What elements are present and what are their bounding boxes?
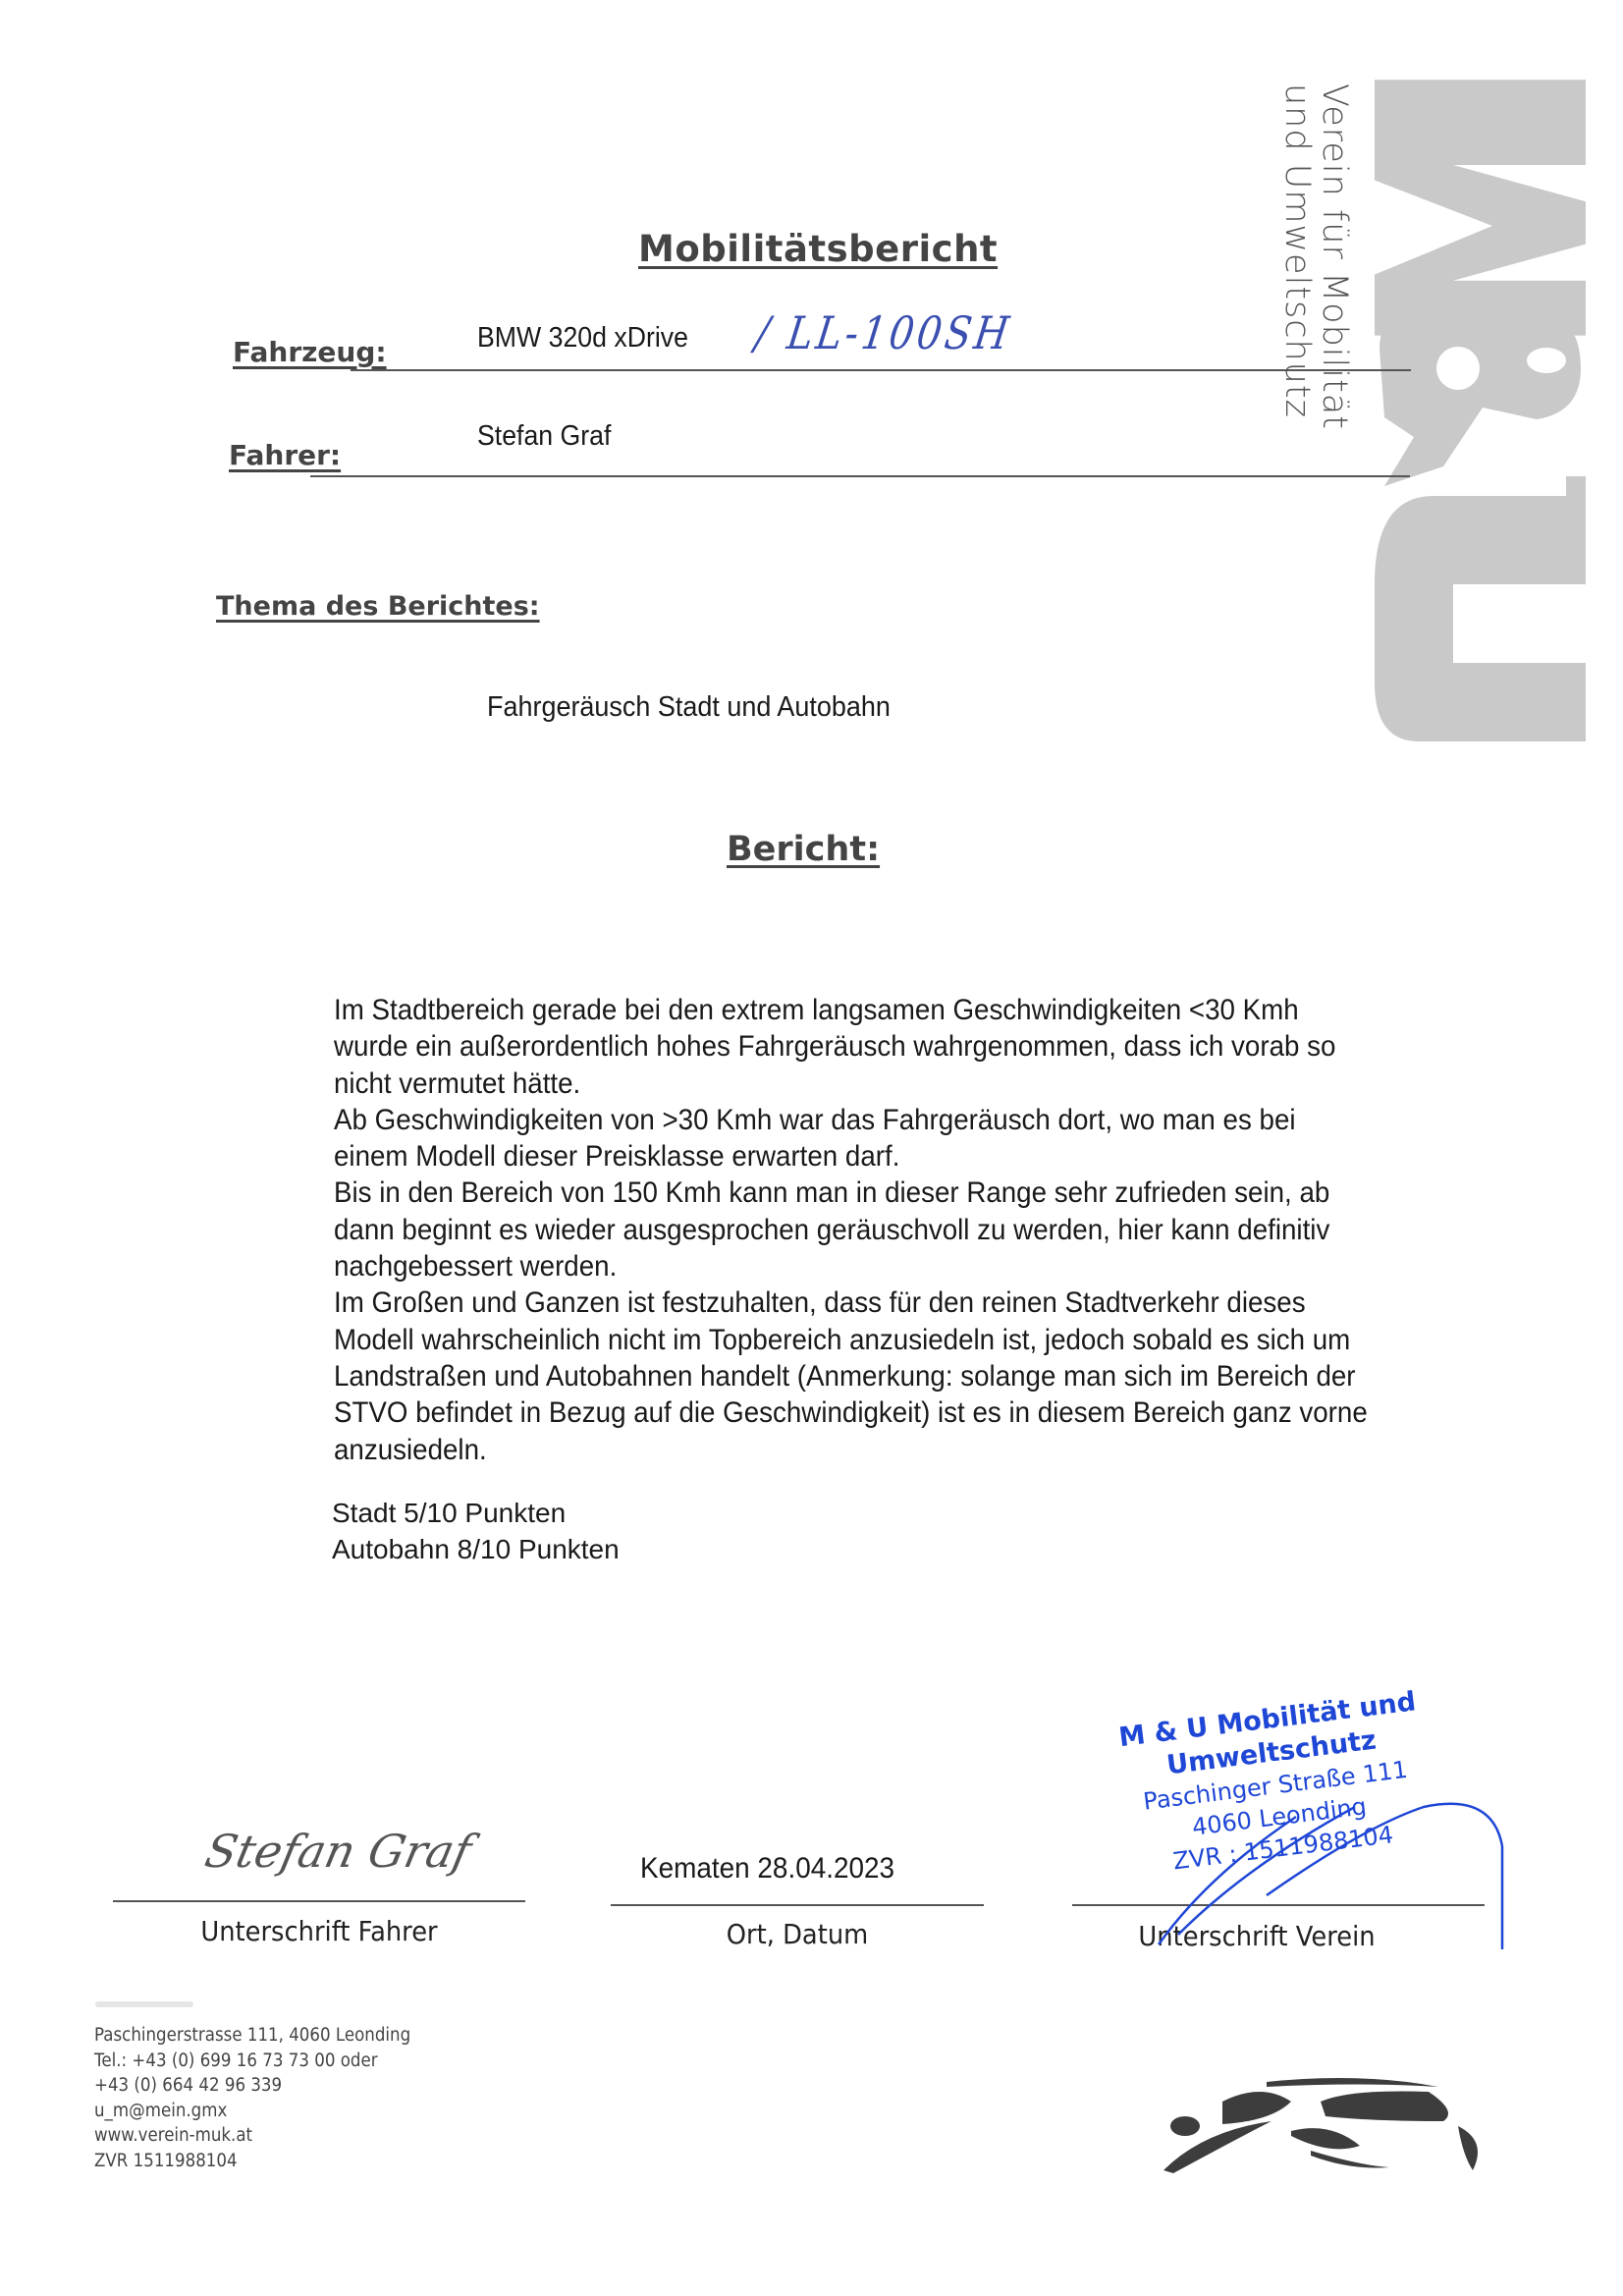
footer-contact: Paschingerstrasse 111, 4060 Leonding Tel…: [94, 2023, 410, 2173]
driver-label: Fahrer:: [229, 439, 341, 471]
driver-rule: [310, 475, 1410, 477]
place-date-value: Kematen 28.04.2023: [640, 1852, 894, 1886]
vehicle-rule: [351, 369, 1411, 371]
vehicle-value: BMW 320d xDrive: [477, 322, 688, 355]
report-heading: Bericht:: [727, 830, 880, 869]
vehicle-label: Fahrzeug:: [233, 336, 387, 368]
m-and-u-logo-icon: [1365, 74, 1600, 751]
score-highway: Autobahn 8/10 Punkten: [332, 1531, 620, 1567]
report-paragraph: Ab Geschwindigkeiten von >30 Kmh war das…: [334, 1102, 1377, 1175]
org-side-text: Verein für Mobilität und Umweltschutz: [1278, 83, 1353, 430]
driver-signature-rule: [113, 1900, 525, 1902]
club-signature-stroke-icon: [1139, 1787, 1512, 1954]
report-paragraph: Im Großen und Ganzen ist festzuhalten, d…: [334, 1285, 1377, 1467]
footer-phone1: Tel.: +43 (0) 699 16 73 73 00 oder: [94, 2049, 410, 2074]
footer-divider: [95, 2001, 193, 2007]
topic-label: Thema des Berichtes:: [216, 591, 540, 622]
driver-signature-caption: Unterschrift Fahrer: [130, 1915, 509, 1947]
topic-value: Fahrgeräusch Stadt und Autobahn: [487, 691, 891, 724]
place-date-caption: Ort, Datum: [625, 1918, 969, 1950]
driver-value: Stefan Graf: [477, 420, 611, 453]
footer-email[interactable]: u_m@mein.gmx: [94, 2099, 410, 2124]
side-text-line1: Verein für Mobilität: [1316, 83, 1353, 430]
score-city: Stadt 5/10 Punkten: [332, 1495, 620, 1531]
side-text-line2: und Umweltschutz: [1278, 83, 1316, 430]
footer-address: Paschingerstrasse 111, 4060 Leonding: [94, 2023, 410, 2049]
footer-phone2: +43 (0) 664 42 96 339: [94, 2073, 410, 2099]
driver-signature: Stefan Graf: [200, 1825, 476, 1878]
footer-website[interactable]: www.verein-muk.at: [94, 2123, 410, 2149]
report-body: Im Stadtbereich gerade bei den extrem la…: [334, 992, 1377, 1468]
place-date-rule: [611, 1904, 984, 1906]
report-paragraph: Bis in den Bereich von 150 Kmh kann man …: [334, 1175, 1377, 1285]
page-title: Mobilitätsbericht: [638, 228, 998, 270]
footer-zvr: ZVR 1511988104: [94, 2149, 410, 2174]
vehicle-plate-handwritten: / LL-100SH: [752, 306, 1015, 359]
report-paragraph: Im Stadtbereich gerade bei den extrem la…: [334, 992, 1377, 1102]
brand-logo: [1365, 74, 1600, 751]
scores: Stadt 5/10 Punkten Autobahn 8/10 Punkten: [332, 1495, 620, 1567]
car-logo-icon: [1163, 2077, 1517, 2185]
